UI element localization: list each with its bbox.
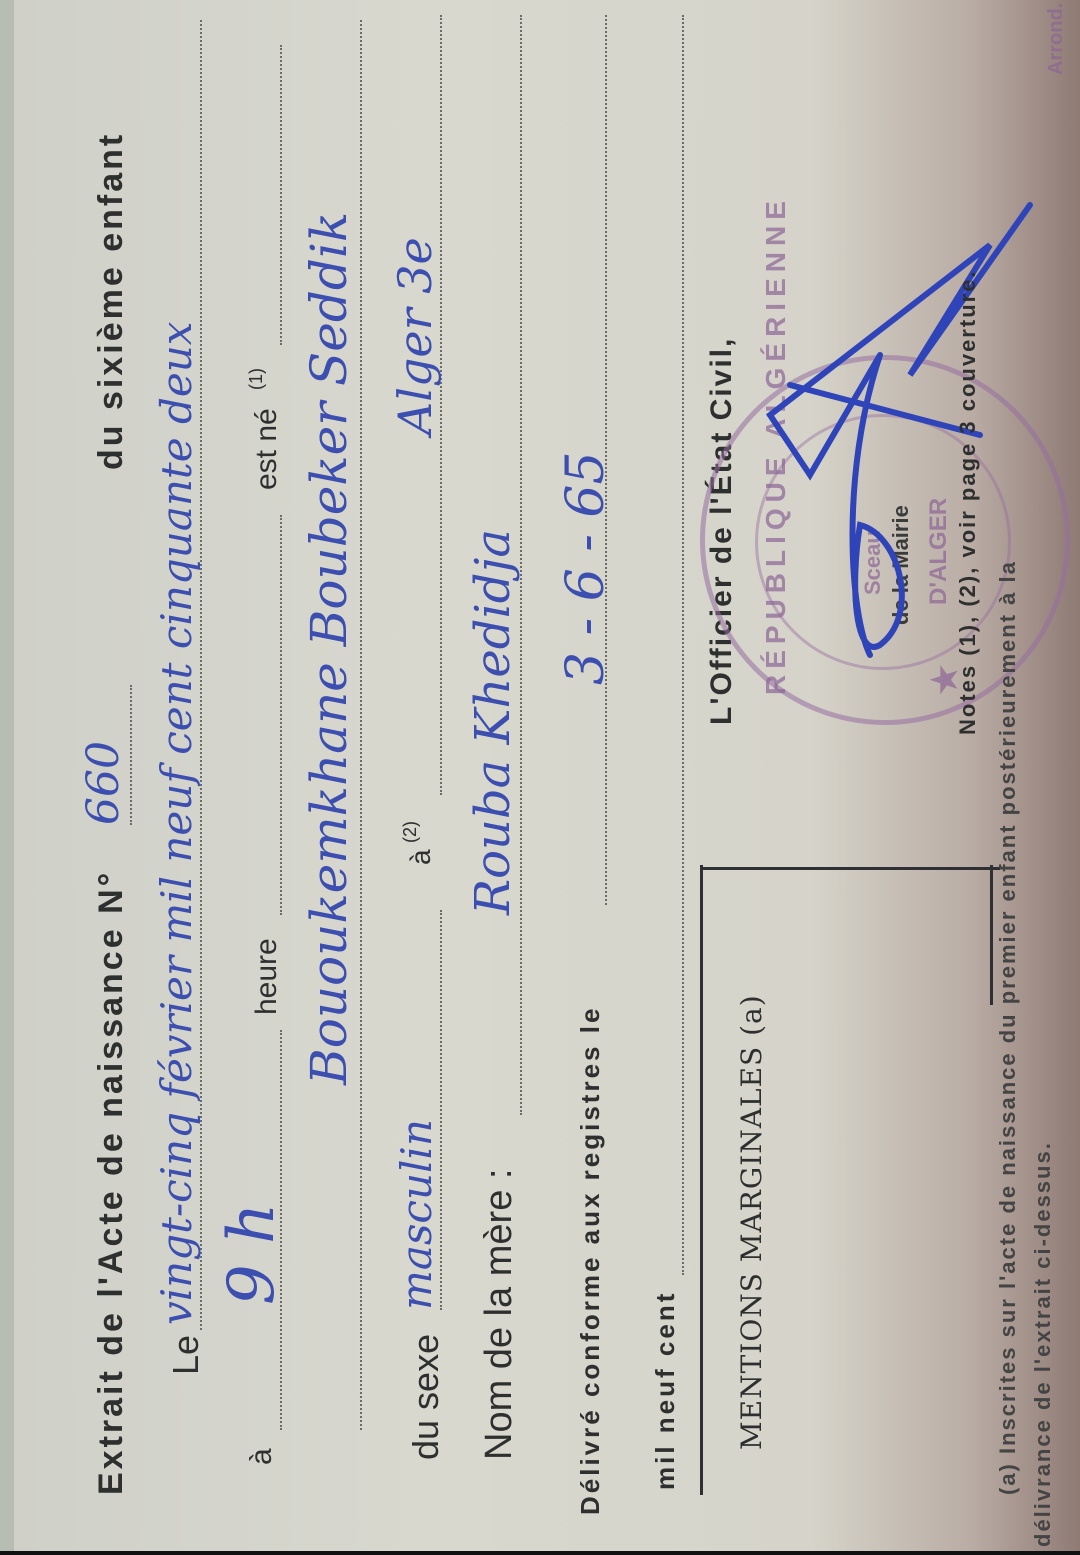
hour-handwritten: 9 h (215, 1203, 289, 1305)
label-a2: à (405, 849, 437, 865)
note-ref-1: (1) (246, 368, 267, 390)
label-est-ne: est né (250, 408, 284, 490)
birth-certificate-extract: Extrait de l'Acte de naissance N° 660 du… (0, 0, 1080, 1555)
title-suffix: du sixième enfant (92, 132, 131, 470)
mentions-top-rule (700, 865, 703, 1495)
father-handwritten: Bououkemkhane Boubeker Seddik (300, 212, 358, 1085)
document-title: Extrait de l'Acte de naissance N° (92, 870, 131, 1495)
sex-dots (440, 910, 442, 1310)
hour-dots (280, 515, 282, 915)
label-le: Le (165, 1335, 207, 1375)
mentions-bottom-rule (990, 865, 993, 1005)
stamp-arrond-text: Arrond. (1045, 3, 1068, 75)
note-ref-2: (2) (400, 821, 421, 843)
est-ne-dots (280, 45, 282, 345)
title-prefix: Extrait de l'Acte de naissance N° (92, 870, 130, 1495)
label-mil-neuf-cent: mil neuf cent (650, 1291, 681, 1490)
year-dots (682, 15, 684, 1275)
notes-line3: délivrance de l'extrait ci-dessus. (1030, 1141, 1056, 1547)
label-heure: heure (250, 938, 284, 1015)
acte-number-dots (130, 685, 132, 825)
birthplace-handwritten: Alger 3e (388, 237, 442, 435)
document-photo: Extrait de l'Acte de naissance N° 660 du… (0, 0, 1080, 1555)
label-nom-mere: Nom de la mère : (478, 1169, 521, 1460)
photo-bottom-edge (0, 1551, 1080, 1555)
notes-line1: Notes (1), (2), voir page 3 couverture. (955, 269, 981, 735)
date-handwritten: vingt-cinq février mil neuf cent cinquan… (152, 322, 201, 1325)
sex-handwritten: masculin (392, 1119, 441, 1310)
notes-line2: (a) Inscrites sur l'acte de naissance du… (995, 560, 1021, 1495)
mentions-heading: MENTIONS MARGINALES (a) (735, 994, 768, 1450)
label-du-sexe: du sexe (405, 1334, 447, 1460)
acte-number-handwritten: 660 (78, 741, 129, 825)
delivery-date-handwritten: 3 - 6 - 65 (556, 451, 616, 685)
mother-handwritten: Rouba Khedidja (465, 529, 521, 915)
mentions-right-rule (700, 867, 1000, 870)
father-dots (360, 20, 362, 1430)
label-delivre: Délivré conforme aux registres le (575, 1006, 606, 1515)
label-a: à (245, 1448, 279, 1465)
